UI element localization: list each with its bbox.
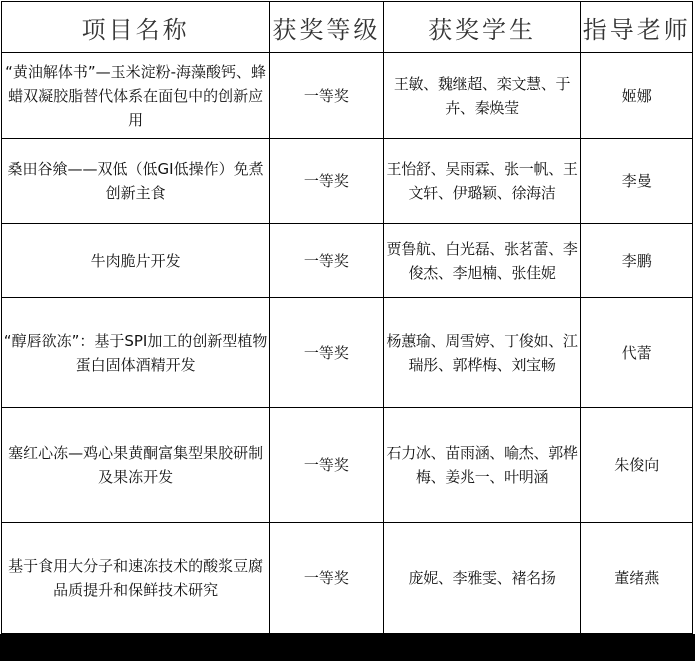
award-level: 一等奖 <box>270 53 383 139</box>
project-name: 牛肉脆片开发 <box>2 224 270 298</box>
award-level: 一等奖 <box>270 224 383 298</box>
advisor: 代蕾 <box>581 298 693 408</box>
table-row: 牛肉脆片开发 一等奖 贾鲁航、白光磊、张茗蕾、李俊杰、李旭楠、张佳妮 李鹏 <box>2 224 693 298</box>
advisor: 李曼 <box>581 139 693 224</box>
header-project-name: 项目名称 <box>2 2 270 53</box>
table-row: “黄油解体书”—玉米淀粉-海藻酸钙、蜂蜡双凝胶脂替代体系在面包中的创新应用 一等… <box>2 53 693 139</box>
advisor: 姬娜 <box>581 53 693 139</box>
students: 杨蕙瑜、周雪婷、丁俊如、江瑞彤、郭桦梅、刘宝畅 <box>383 298 581 408</box>
students: 王敏、魏继超、栾文慧、于卉、秦焕莹 <box>383 53 581 139</box>
award-level: 一等奖 <box>270 523 383 634</box>
students: 石力冰、苗雨涵、喻杰、郭桦梅、姜兆一、叶明涵 <box>383 408 581 523</box>
header-advisor: 指导老师 <box>581 2 693 53</box>
document-page: 项目名称 获奖等级 获奖学生 指导老师 “黄油解体书”—玉米淀粉-海藻酸钙、蜂蜡… <box>0 0 695 634</box>
table-row: 塞红心冻—鸡心果黄酮富集型果胶研制及果冻开发 一等奖 石力冰、苗雨涵、喻杰、郭桦… <box>2 408 693 523</box>
award-level: 一等奖 <box>270 298 383 408</box>
project-name: 桑田谷飨——双低（低GI低操作）免煮创新主食 <box>2 139 270 224</box>
advisor: 朱俊向 <box>581 408 693 523</box>
students: 王怡舒、吴雨霖、张一帆、王文轩、伊璐颖、徐海洁 <box>383 139 581 224</box>
award-level: 一等奖 <box>270 139 383 224</box>
table-row: 桑田谷飨——双低（低GI低操作）免煮创新主食 一等奖 王怡舒、吴雨霖、张一帆、王… <box>2 139 693 224</box>
advisor: 董绪燕 <box>581 523 693 634</box>
students: 贾鲁航、白光磊、张茗蕾、李俊杰、李旭楠、张佳妮 <box>383 224 581 298</box>
table-row: 基于食用大分子和速冻技术的酸浆豆腐品质提升和保鲜技术研究 一等奖 庞妮、李雅雯、… <box>2 523 693 634</box>
header-students: 获奖学生 <box>383 2 581 53</box>
advisor: 李鹏 <box>581 224 693 298</box>
project-name: “黄油解体书”—玉米淀粉-海藻酸钙、蜂蜡双凝胶脂替代体系在面包中的创新应用 <box>2 53 270 139</box>
header-award-level: 获奖等级 <box>270 2 383 53</box>
project-name: 塞红心冻—鸡心果黄酮富集型果胶研制及果冻开发 <box>2 408 270 523</box>
project-name: 基于食用大分子和速冻技术的酸浆豆腐品质提升和保鲜技术研究 <box>2 523 270 634</box>
award-level: 一等奖 <box>270 408 383 523</box>
table-row: “醇唇欲冻”：基于SPI加工的创新型植物蛋白固体酒精开发 一等奖 杨蕙瑜、周雪婷… <box>2 298 693 408</box>
project-name: “醇唇欲冻”：基于SPI加工的创新型植物蛋白固体酒精开发 <box>2 298 270 408</box>
students: 庞妮、李雅雯、褚名扬 <box>383 523 581 634</box>
awards-table: 项目名称 获奖等级 获奖学生 指导老师 “黄油解体书”—玉米淀粉-海藻酸钙、蜂蜡… <box>1 1 693 634</box>
table-header-row: 项目名称 获奖等级 获奖学生 指导老师 <box>2 2 693 53</box>
